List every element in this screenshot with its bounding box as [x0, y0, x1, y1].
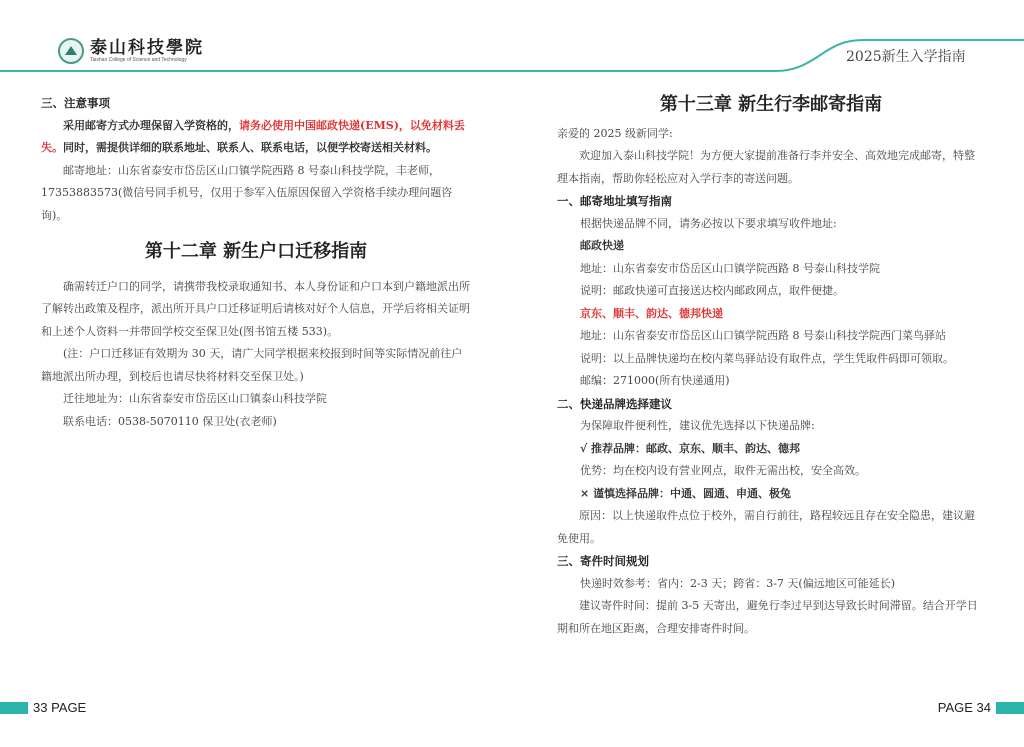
ems-address: 地址：山东省泰安市岱岳区山口镇学院西路 8 号泰山科技学院: [557, 258, 985, 281]
document-title: 2025新生入学指南: [846, 46, 966, 66]
footer-accent-bar-left: [0, 702, 28, 714]
mailing-notice-paragraph: 采用邮寄方式办理保留入学资格的，请务必使用中国邮政快递(EMS)，以免材料丢失。…: [41, 115, 471, 160]
recommended-reason: 优势：均在校内设有营业网点，取件无需出校，安全高效。: [557, 460, 985, 483]
notice-text: 采用邮寄方式办理保留入学资格的，: [63, 119, 239, 132]
notice-text-cont: 同时，需提供详细的联系地址、联系人、联系电话，以便学校寄送相关材料。: [63, 141, 437, 154]
left-page: 三、注意事项 采用邮寄方式办理保留入学资格的，请务必使用中国邮政快递(EMS)，…: [41, 92, 471, 433]
other-couriers-label: 京东、顺丰、韵达、德邦快递: [557, 303, 985, 326]
hukou-phone: 联系电话：0538-5070110 保卫处(衣老师): [41, 411, 471, 434]
hukou-note: (注：户口迁移证有效期为 30 天，请广大同学根据来校报到时间等实际情况前往户籍…: [41, 343, 471, 388]
other-couriers-address: 地址：山东省泰安市岱岳区山口镇学院西路 8 号泰山科技学院西门菜鸟驿站: [557, 325, 985, 348]
postcode: 邮编：271000(所有快递通用): [557, 370, 985, 393]
page-number-right: PAGE 34: [938, 700, 991, 715]
right-page: 第十三章 新生行李邮寄指南 亲爱的 2025 级新同学: 欢迎加入泰山科技学院！…: [557, 92, 985, 640]
address-intro: 根据快递品牌不同，请务必按以下要求填写收件地址:: [557, 213, 985, 236]
section-heading-courier-choice: 二、快递品牌选择建议: [557, 393, 985, 416]
mailing-address-paragraph: 邮寄地址：山东省泰安市岱岳区山口镇学院西路 8 号泰山科技学院，丰老师，1735…: [41, 160, 471, 228]
intro-paragraph: 欢迎加入泰山科技学院！为方便大家提前准备行李并安全、高效地完成邮寄，特整理本指南…: [557, 145, 985, 190]
timing-advice: 建议寄件时间：提前 3-5 天寄出，避免行李过早到达导致长时间滞留。结合开学日期…: [557, 595, 985, 640]
chapter-13-title: 第十三章 新生行李邮寄指南: [557, 94, 985, 117]
college-logo: 泰山科技學院 Taishan College of Science and Te…: [58, 38, 204, 64]
hukou-instructions: 确需转迁户口的同学，请携带我校录取通知书、本人身份证和户口本到户籍地派出所了解转…: [41, 276, 471, 344]
other-couriers-note: 说明：以上品牌快递均在校内菜鸟驿站设有取件点，学生凭取件码即可领取。: [557, 348, 985, 371]
page-number-left: 33 PAGE: [33, 700, 86, 715]
section-heading-timing: 三、寄件时间规划: [557, 550, 985, 573]
hukou-address: 迁往地址为：山东省泰安市岱岳区山口镇泰山科技学院: [41, 388, 471, 411]
timing-reference: 快递时效参考：省内：2-3 天；跨省：3-7 天(偏远地区可能延长): [557, 573, 985, 596]
ems-note: 说明：邮政快递可直接送达校内邮政网点，取件便捷。: [557, 280, 985, 303]
chapter-12-title: 第十二章 新生户口迁移指南: [41, 241, 471, 264]
courier-choice-intro: 为保障取件便利性，建议优先选择以下快递品牌:: [557, 415, 985, 438]
section-heading-notes: 三、注意事项: [41, 92, 471, 115]
section-heading-address: 一、邮寄地址填写指南: [557, 190, 985, 213]
logo-name-en: Taishan College of Science and Technolog…: [90, 57, 204, 64]
caution-reason: 原因：以上快递取件点位于校外，需自行前往，路程较远且存在安全隐患，建议避免使用。: [557, 505, 985, 550]
greeting: 亲爱的 2025 级新同学:: [557, 123, 985, 146]
recommended-couriers: √ 推荐品牌：邮政、京东、顺丰、韵达、德邦: [557, 438, 985, 461]
logo-name-cn: 泰山科技學院: [90, 39, 204, 57]
caution-couriers: × 谨慎选择品牌：中通、圆通、申通、极兔: [557, 483, 985, 506]
footer-accent-bar-right: [996, 702, 1024, 714]
college-emblem-icon: [58, 38, 84, 64]
ems-label: 邮政快递: [557, 235, 985, 258]
